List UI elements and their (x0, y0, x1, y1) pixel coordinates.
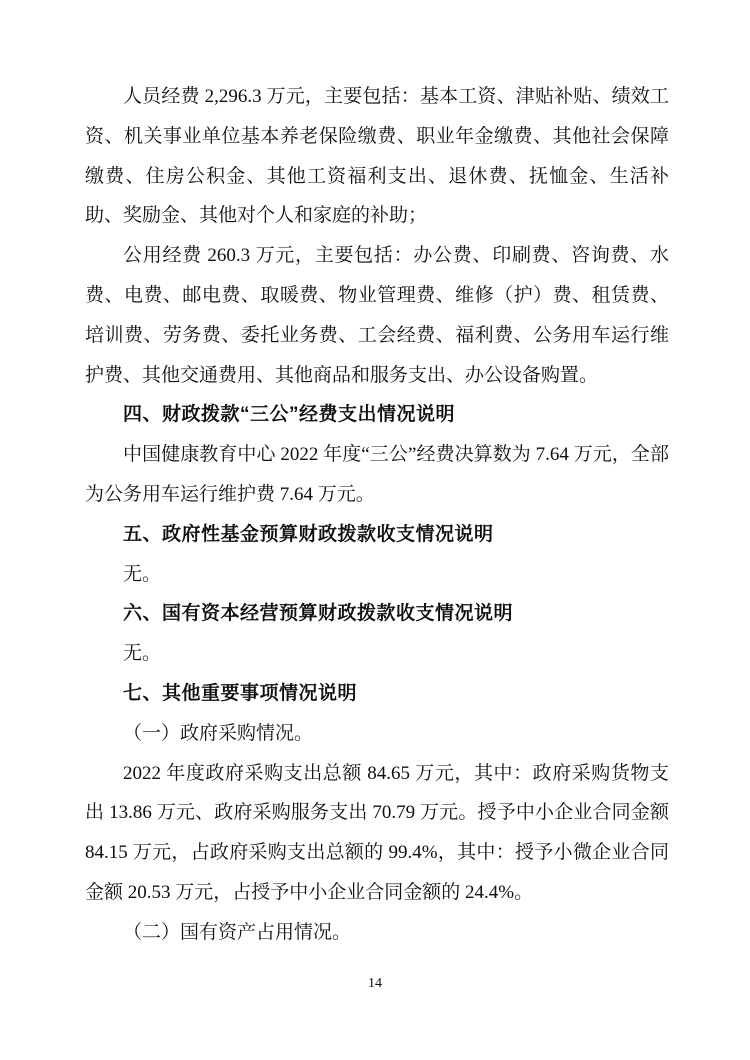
document-body: 人员经费 2,296.3 万元，主要包括：基本工资、津贴补贴、绩效工资、机关事业… (85, 77, 669, 953)
paragraph-gov-procurement-title: （一）政府采购情况。 (85, 714, 669, 754)
heading-section-seven-other-important-matters: 七、其他重要事项情况说明 (85, 674, 669, 714)
page-footer: 14 (0, 974, 750, 992)
paragraph-three-public-funds-detail: 中国健康教育中心 2022 年度“三公”经费决算数为 7.64 万元，全部为公务… (85, 435, 669, 515)
paragraph-public-expense: 公用经费 260.3 万元，主要包括：办公费、印刷费、咨询费、水费、电费、邮电费… (85, 236, 669, 395)
document-page: 人员经费 2,296.3 万元，主要包括：基本工资、津贴补贴、绩效工资、机关事业… (0, 0, 750, 1060)
paragraph-none-1: 无。 (85, 555, 669, 595)
paragraph-personnel-expense: 人员经费 2,296.3 万元，主要包括：基本工资、津贴补贴、绩效工资、机关事业… (85, 77, 669, 236)
heading-section-four-three-public-funds: 四、财政拨款“三公”经费支出情况说明 (85, 395, 669, 435)
heading-section-five-government-fund-budget: 五、政府性基金预算财政拨款收支情况说明 (85, 515, 669, 555)
page-number: 14 (368, 976, 382, 991)
paragraph-gov-procurement-detail: 2022 年度政府采购支出总额 84.65 万元，其中：政府采购货物支出 13.… (85, 754, 669, 913)
heading-section-six-state-capital-budget: 六、国有资本经营预算财政拨款收支情况说明 (85, 594, 669, 634)
paragraph-state-assets-title: （二）国有资产占用情况。 (85, 913, 669, 953)
paragraph-none-2: 无。 (85, 634, 669, 674)
